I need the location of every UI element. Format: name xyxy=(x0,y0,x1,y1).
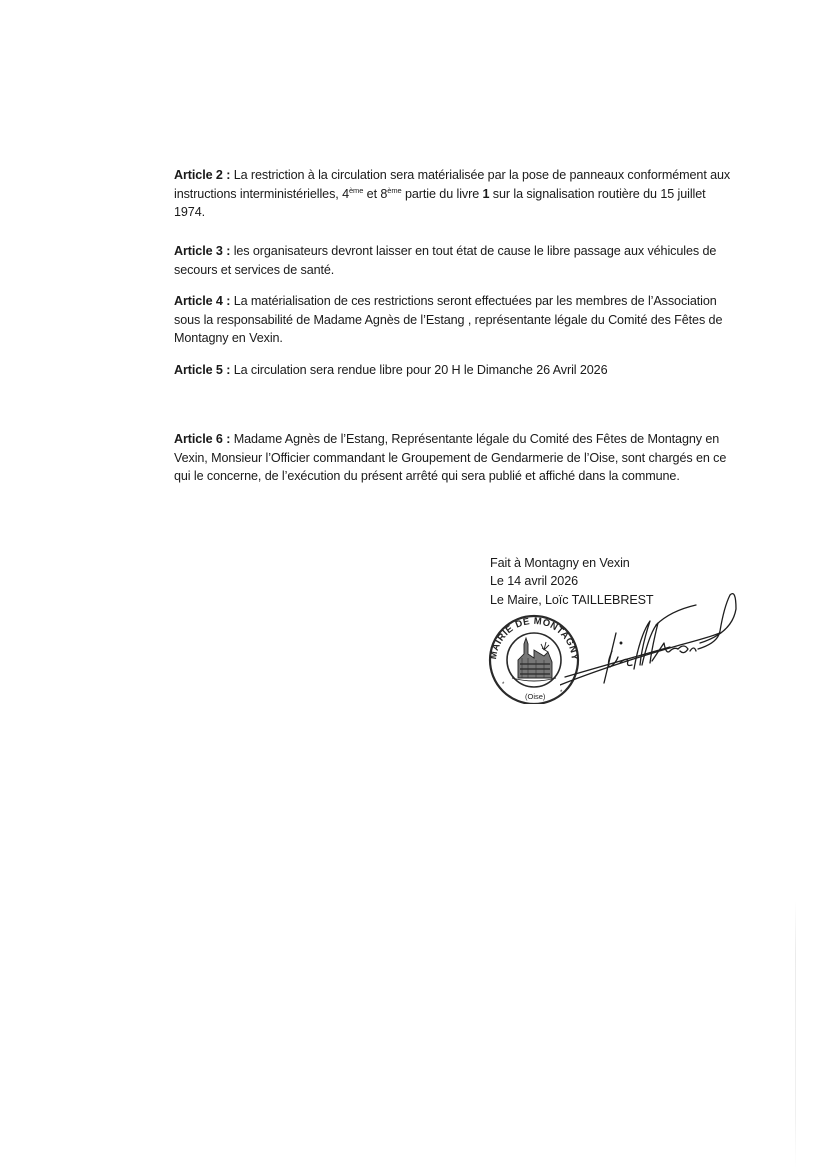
article-6: Article 6 : Madame Agnès de l’Estang, Re… xyxy=(174,430,734,486)
article-2-text-c: partie du livre xyxy=(402,187,483,201)
article-4-text: La matérialisation de ces restrictions s… xyxy=(174,294,722,345)
article-2-label: Article 2 : xyxy=(174,168,230,182)
article-4-label: Article 4 : xyxy=(174,294,230,308)
article-3-text: les organisateurs devront laisser en tou… xyxy=(174,244,716,277)
article-4: Article 4 : La matérialisation de ces re… xyxy=(174,292,734,348)
signature-place: Fait à Montagny en Vexin xyxy=(490,554,654,572)
document-page: Article 2 : La restriction à la circulat… xyxy=(0,0,826,1169)
article-2-text-b: et 8 xyxy=(363,187,387,201)
article-2-sup-2: ème xyxy=(387,186,401,195)
article-2-sup-1: ème xyxy=(349,186,363,195)
svg-text:*: * xyxy=(502,682,505,688)
handwritten-signature-icon xyxy=(560,585,740,695)
article-5: Article 5 : La circulation sera rendue l… xyxy=(174,361,734,380)
article-3: Article 3 : les organisateurs devront la… xyxy=(174,242,734,279)
article-5-label: Article 5 : xyxy=(174,363,230,377)
stamp-bottom-text: (Oise) xyxy=(525,692,546,701)
article-5-text: La circulation sera rendue libre pour 20… xyxy=(230,363,607,377)
scan-edge-artifact xyxy=(795,900,796,1169)
article-2: Article 2 : La restriction à la circulat… xyxy=(174,166,734,222)
article-6-text: Madame Agnès de l’Estang, Représentante … xyxy=(174,432,726,483)
article-6-label: Article 6 : xyxy=(174,432,230,446)
article-3-label: Article 3 : xyxy=(174,244,230,258)
